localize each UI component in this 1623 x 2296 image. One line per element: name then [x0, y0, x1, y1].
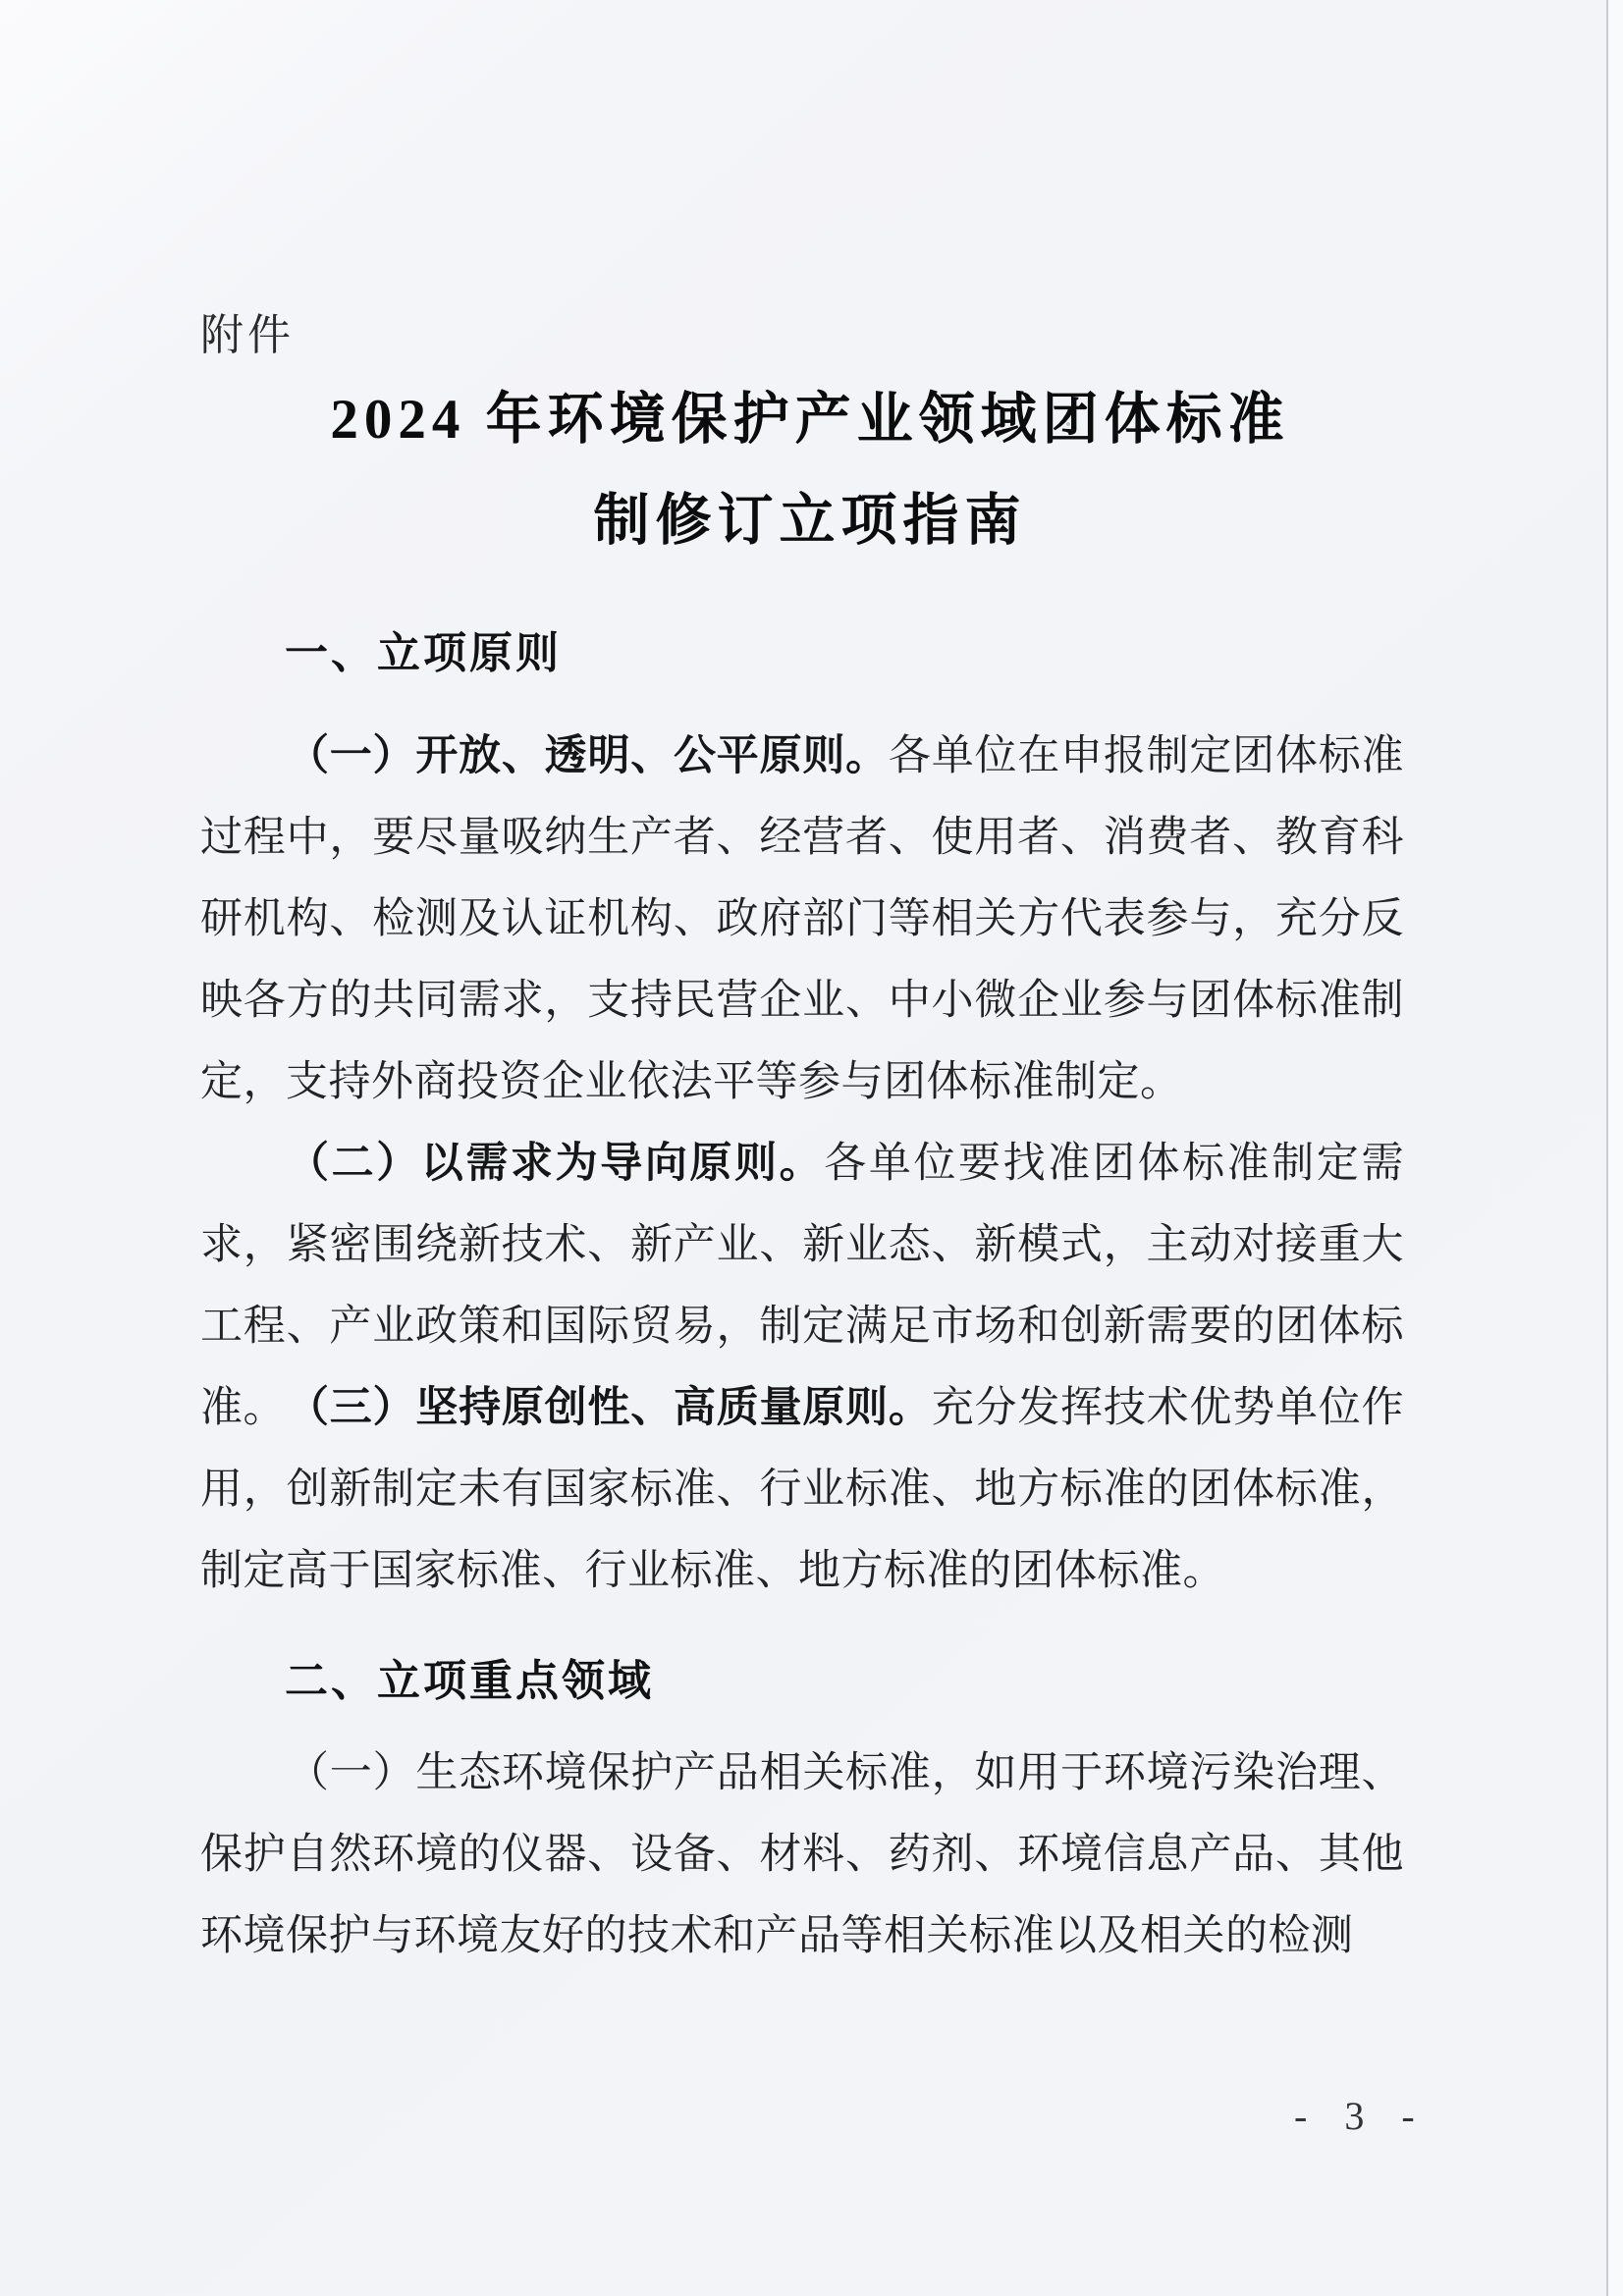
paragraph-1-lead: （一）开放、透明、公平原则。: [287, 733, 889, 779]
paragraph-4-body: （一）生态环境保护产品相关标准，如用于环境污染治理、保护自然环境的仪器、设备、材…: [200, 1750, 1404, 1959]
document-title: 2024 年环境保护产业领域团体标准 制修订立项指南: [118, 369, 1502, 571]
document-title-line-2: 制修订立项指南: [118, 470, 1502, 571]
document-title-line-1: 2024 年环境保护产业领域团体标准: [118, 369, 1502, 470]
paragraph-1: （一）开放、透明、公平原则。各单位在申报制定团体标准过程中，要尽量吸纳生产者、经…: [200, 716, 1404, 1123]
paragraph-3-lead: （三）坚持原创性、高质量原则。: [287, 1385, 932, 1431]
paragraph-3: （三）坚持原创性、高质量原则。充分发挥技术优势单位作用，创新制定未有国家标准、行…: [200, 1367, 1404, 1612]
paragraph-4: （一）生态环境保护产品相关标准，如用于环境污染治理、保护自然环境的仪器、设备、材…: [200, 1733, 1404, 1977]
attachment-label: 附件: [200, 308, 295, 363]
scan-edge-line: [1606, 0, 1608, 2296]
paragraph-1-body: 各单位在申报制定团体标准过程中，要尽量吸纳生产者、经营者、使用者、消费者、教育科…: [200, 733, 1404, 1105]
section-heading-1: 一、立项原则: [285, 624, 562, 683]
page-number: - 3 -: [1294, 2093, 1429, 2140]
scan-edge-strip: [1608, 0, 1623, 2296]
section-heading-2: 二、立项重点领域: [285, 1652, 654, 1711]
paragraph-2-lead: （二）以需求为导向原则。: [287, 1141, 824, 1187]
document-page: 附件 2024 年环境保护产业领域团体标准 制修订立项指南 一、立项原则 （一）…: [0, 0, 1623, 2296]
